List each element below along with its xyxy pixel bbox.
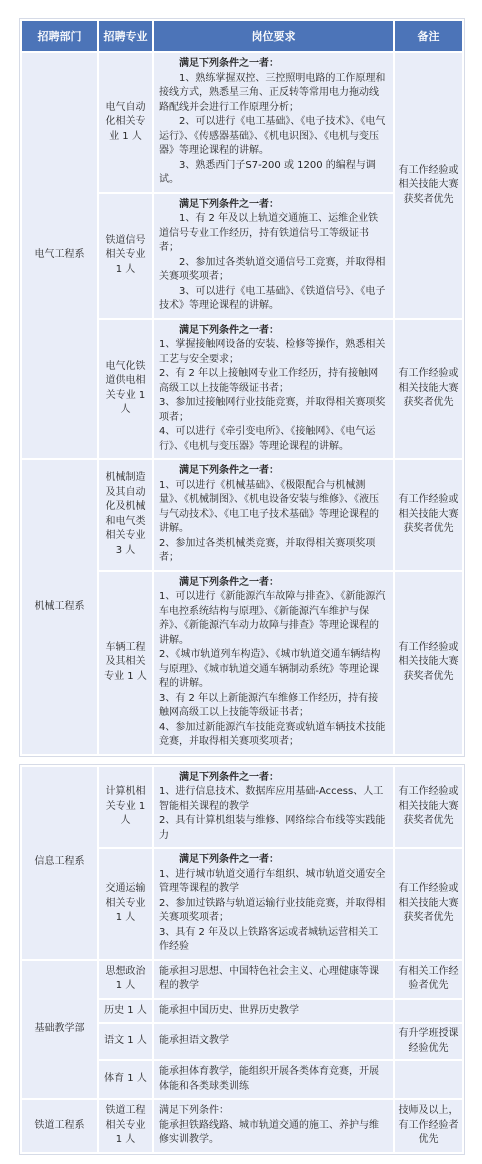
- req-item: 2、参加过各类轨道交通信号工竞赛，并取得相关赛项奖项者；: [159, 256, 388, 285]
- dept-cell: 机械工程系: [21, 459, 98, 755]
- req-item: 2、参加过各类机械类竞赛，并取得相关赛项奖项者；: [159, 537, 388, 566]
- requirements-cell: 满足下列条件之一者：1、熟练掌握双控、三控照明电路的工作原理和接线方式，熟悉星三…: [153, 52, 394, 193]
- req-item: 1、熟练掌握双控、三控照明电路的工作原理和接线方式，熟悉星三角、正反转等常用电力…: [159, 72, 388, 116]
- section-gap: [20, 756, 462, 765]
- note-cell: [394, 1060, 463, 1099]
- dept-cell: 基础教学部: [21, 960, 98, 1100]
- req-item: 4、参加过新能源汽车技能竞赛或轨道车辆技术技能竞赛，并取得相关赛项奖项者；: [159, 721, 388, 750]
- requirements-cell: 满足下列条件之一者：1、掌握接触网设备的安装、检修等操作，熟悉相关工艺与安全要求…: [153, 319, 394, 460]
- req-item: 3、熟悉西门子S7-200 或 1200 的编程与调试。: [159, 159, 388, 188]
- major-cell: 语文 1 人: [98, 1023, 153, 1060]
- requirements-cell: 能承担体育教学，能组织开展各类体育竞赛，开展体能和各类球类训练: [153, 1060, 394, 1099]
- major-cell: 计算机相关专业 1 人: [98, 766, 153, 849]
- header-row: 招聘部门 招聘专业 岗位要求 备注: [21, 20, 463, 52]
- major-cell: 交通运输相关专业 1 人: [98, 848, 153, 960]
- major-cell: 机械制造及其自动化及机械和电气类相关专业 3 人: [98, 459, 153, 571]
- req-title: 满足下列条件之一者：: [159, 771, 388, 786]
- major-cell: 历史 1 人: [98, 999, 153, 1024]
- req-title: 满足下列条件之一者：: [159, 853, 388, 868]
- req-item: 3、有 2 年以上新能源汽车维修工作经历，持有接触网高级工以上技能等级证书者；: [159, 692, 388, 721]
- req-item: 2、有 2 年以上接触网专业工作经历，持有接触网高级工以上技能等级证书者；: [159, 367, 388, 396]
- major-cell: 车辆工程及其相关专业 1 人: [98, 571, 153, 755]
- req-title: 满足下列条件之一者：: [159, 576, 388, 591]
- requirements-cell: 满足下列条件之一者：1、可以进行《新能源汽车故障与排查》、《新能源汽车电控系统结…: [153, 571, 394, 755]
- req-item: 1、可以进行《机械基础》、《极限配合与机械测量》、《机械制图》、《机电设备安装与…: [159, 479, 388, 537]
- req-item: 1、掌握接触网设备的安装、检修等操作，熟悉相关工艺与安全要求；: [159, 338, 388, 367]
- note-cell: 有升学班授课经验优先: [394, 1023, 463, 1060]
- note-cell: 有工作经验或相关技能大赛获奖者优先: [394, 52, 463, 319]
- major-cell: 思想政治 1 人: [98, 960, 153, 999]
- note-cell: 有工作经验或相关技能大赛获奖者优先: [394, 766, 463, 849]
- major-cell: 铁道工程相关专业 1 人: [98, 1099, 153, 1153]
- req-item: 2、参加过铁路与轨道运输行业技能竞赛，并取得相关赛项奖项者；: [159, 897, 388, 926]
- req-item: 3、可以进行《电工基础》、《铁道信号》、《电子技术》等理论课程的讲解。: [159, 285, 388, 314]
- table-row: 信息工程系计算机相关专业 1 人满足下列条件之一者：1、进行信息技术、数据库应用…: [21, 766, 463, 849]
- req-item: 1、可以进行《新能源汽车故障与排查》、《新能源汽车电控系统结构与原理》、《新能源…: [159, 590, 388, 648]
- requirements-cell: 满足下列条件之一者：1、进行信息技术、数据库应用基础-Access、人工智能相关…: [153, 766, 394, 849]
- table-row: 机械工程系机械制造及其自动化及机械和电气类相关专业 3 人满足下列条件之一者：1…: [21, 459, 463, 571]
- requirements-cell: 能承担语文教学: [153, 1023, 394, 1060]
- req-item: 2、可以进行《电工基础》、《电子技术》、《电气运行》、《传感器基础》、《机电识图…: [159, 115, 388, 159]
- req-item: 3、参加过接触网行业技能竞赛，并取得相关赛项奖项者；: [159, 396, 388, 425]
- req-title: 满足下列条件之一者：: [159, 464, 388, 479]
- note-cell: 有相关工作经验者优先: [394, 960, 463, 999]
- req-item: 2、具有计算机组装与维修、网络综合布线等实践能力: [159, 814, 388, 843]
- major-cell: 体育 1 人: [98, 1060, 153, 1099]
- major-cell: 铁道信号相关专业 1 人: [98, 193, 153, 319]
- note-cell: 有工作经验或相关技能大赛获奖者优先: [394, 459, 463, 571]
- req-title: 满足下列条件之一者：: [159, 57, 388, 72]
- note-cell: 有工作经验或相关技能大赛获奖者优先: [394, 571, 463, 755]
- req-item: 1、进行城市轨道交通行车组织、城市轨道交通安全管理等课程的教学: [159, 868, 388, 897]
- header-dept: 招聘部门: [21, 20, 98, 52]
- req-item: 1、进行信息技术、数据库应用基础-Access、人工智能相关课程的教学: [159, 785, 388, 814]
- recruitment-page: 招聘部门 招聘专业 岗位要求 备注 电气工程系电气自动化相关专业 1 人满足下列…: [0, 0, 482, 1164]
- header-major: 招聘专业: [98, 20, 153, 52]
- req-title: 满足下列条件：: [159, 1104, 388, 1119]
- req-item: 3、具有 2 年及以上铁路客运或者城轨运营相关工作经验: [159, 926, 388, 955]
- note-cell: 技师及以上，有工作经验者优先: [394, 1099, 463, 1153]
- header-requirements: 岗位要求: [153, 20, 394, 52]
- note-cell: 有工作经验或相关技能大赛获奖者优先: [394, 319, 463, 460]
- major-cell: 电气自动化相关专业 1 人: [98, 52, 153, 193]
- note-cell: 有工作经验或相关技能大赛获奖者优先: [394, 848, 463, 960]
- table-row: 铁道工程系铁道工程相关专业 1 人满足下列条件：能承担铁路线路、城市轨道交通的施…: [21, 1099, 463, 1153]
- requirements-cell: 满足下列条件：能承担铁路线路、城市轨道交通的施工、养护与维修实训教学。: [153, 1099, 394, 1153]
- req-item: 2、《城市轨道列车构造》、《城市轨道交通车辆结构与原理》、《城市轨道交通车辆制动…: [159, 648, 388, 692]
- requirements-cell: 能承担中国历史、世界历史教学: [153, 999, 394, 1024]
- note-cell: [394, 999, 463, 1024]
- dept-cell: 电气工程系: [21, 52, 98, 459]
- req-item: 能承担铁路线路、城市轨道交通的施工、养护与维修实训教学。: [159, 1119, 388, 1148]
- header-notes: 备注: [394, 20, 463, 52]
- recruitment-table-section-1: 招聘部门 招聘专业 岗位要求 备注 电气工程系电气自动化相关专业 1 人满足下列…: [20, 19, 464, 756]
- table-row: 基础教学部思想政治 1 人能承担习思想、中国特色社会主义、心理健康等课程的教学有…: [21, 960, 463, 999]
- recruitment-table-section-2: 信息工程系计算机相关专业 1 人满足下列条件之一者：1、进行信息技术、数据库应用…: [20, 765, 464, 1154]
- requirements-cell: 满足下列条件之一者：1、进行城市轨道交通行车组织、城市轨道交通安全管理等课程的教…: [153, 848, 394, 960]
- table-row: 电气工程系电气自动化相关专业 1 人满足下列条件之一者：1、熟练掌握双控、三控照…: [21, 52, 463, 193]
- dept-cell: 铁道工程系: [21, 1099, 98, 1153]
- req-item: 1、有 2 年及以上轨道交通施工、运维企业铁道信号专业工作经历，持有铁道信号工等…: [159, 212, 388, 256]
- table-header: 招聘部门 招聘专业 岗位要求 备注: [21, 20, 463, 52]
- dept-cell: 信息工程系: [21, 766, 98, 960]
- requirements-cell: 满足下列条件之一者：1、有 2 年及以上轨道交通施工、运维企业铁道信号专业工作经…: [153, 193, 394, 319]
- req-title: 满足下列条件之一者：: [159, 324, 388, 339]
- requirements-cell: 能承担习思想、中国特色社会主义、心理健康等课程的教学: [153, 960, 394, 999]
- major-cell: 电气化铁道供电相关专业 1 人: [98, 319, 153, 460]
- req-title: 满足下列条件之一者：: [159, 198, 388, 213]
- requirements-cell: 满足下列条件之一者：1、可以进行《机械基础》、《极限配合与机械测量》、《机械制图…: [153, 459, 394, 571]
- req-item: 4、可以进行《牵引变电所》、《接触网》、《电气运行》、《电机与变压器》等理论课程…: [159, 425, 388, 454]
